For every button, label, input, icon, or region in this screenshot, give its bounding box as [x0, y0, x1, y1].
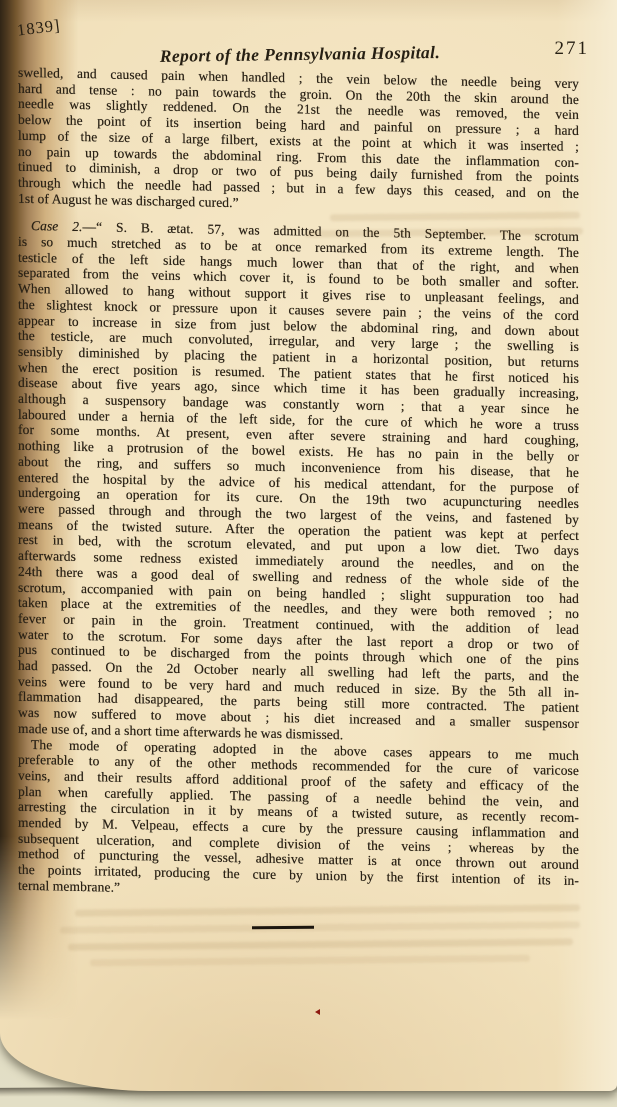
paragraph: Case 2.—“ S. B. ætat. 57, was admitted o… [18, 218, 579, 747]
paragraph: The mode of operating adopted in the abo… [18, 736, 579, 904]
paper-page: 1839] Report of the Pennsylvania Hospita… [0, 0, 617, 1091]
paragraph: swelled, and caused pain when handled ; … [18, 65, 579, 218]
scanned-book-page: 1839] Report of the Pennsylvania Hospita… [0, 0, 617, 1107]
bleedthrough-ghost-text [75, 904, 580, 916]
section-divider-rule [252, 926, 314, 930]
bleedthrough-ghost-text [90, 955, 530, 967]
bleedthrough-ghost-text [68, 938, 573, 950]
running-head: 1839] Report of the Pennsylvania Hospita… [0, 0, 617, 70]
bleedthrough-ghost-text [60, 921, 580, 933]
body-text: swelled, and caused pain when handled ; … [18, 65, 579, 905]
year-label: 1839] [16, 15, 62, 40]
page-number: 271 [555, 38, 590, 60]
case-label: Case 2. [31, 218, 83, 234]
ink-speck [315, 1009, 320, 1015]
page-title: Report of the Pennsylvania Hospital. [70, 41, 530, 68]
